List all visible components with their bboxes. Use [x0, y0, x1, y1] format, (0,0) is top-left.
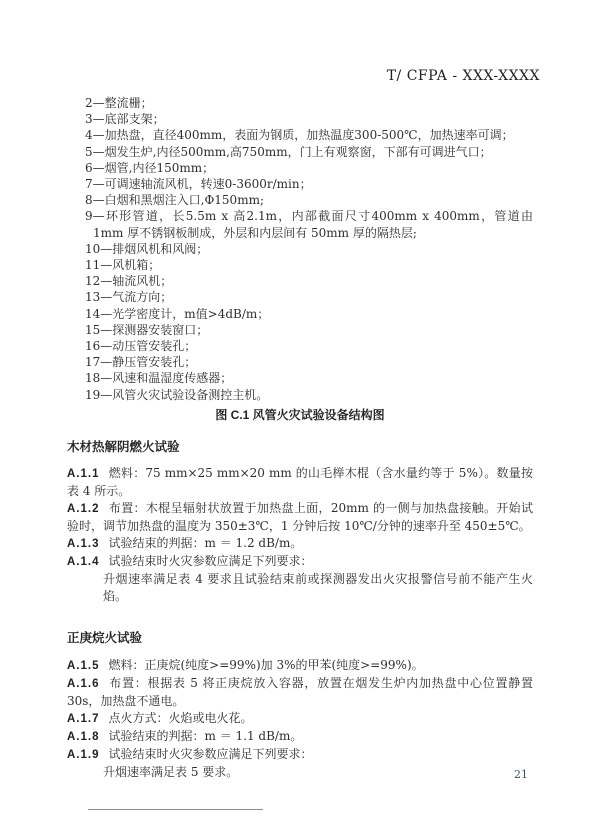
- clause-number: A.1.4: [67, 556, 100, 568]
- clause-text: 点火方式：火焰或电火花。: [109, 711, 253, 725]
- legend-item: 16—动压管安装孔；: [85, 338, 533, 354]
- clause-text: 燃料：正庚烷(纯度>=99%)加 3%的甲苯(纯度>=99%)。: [109, 658, 424, 672]
- figure-caption: 图 C.1 风管火灾试验设备结构图: [67, 407, 533, 423]
- legend-item: 19—风管火灾试验设备测控主机。: [85, 387, 533, 403]
- legend-item: 9—环形管道，长5.5m x 高2.1m，内部截面尺寸400mm x 400mm…: [85, 208, 533, 240]
- legend-item: 7—可调速轴流风机，转速0-3600r/min；: [85, 176, 533, 192]
- clause-a14-requirement: 升烟速率满足表 4 要求且试验结束前或探测器发出火灾报警信号前不能产生火焰。: [67, 571, 533, 605]
- legend-item: 13—气流方向；: [85, 289, 533, 305]
- clause-text: 试验结束的判据：m ＝ 1.1 dB/m。: [109, 729, 303, 743]
- clause-a14: A.1.4试验结束时火灾参数应满足下列要求：: [67, 553, 533, 571]
- legend-item: 14—光学密度计，m值>4dB/m；: [85, 306, 533, 322]
- clause-number: A.1.1: [67, 468, 100, 480]
- clause-number: A.1.2: [67, 503, 100, 515]
- legend-item: 18—风速和温湿度传感器；: [85, 370, 533, 386]
- clause-number: A.1.5: [67, 660, 100, 672]
- clause-text: 燃料：75 mm×25 mm×20 mm 的山毛榉木棍（含水量约等于 5%）。数…: [67, 466, 533, 498]
- document-page: T/ CFPA - XXX-XXXX 2—整流栅； 3—底部支架； 4—加热盘，…: [0, 0, 591, 830]
- legend-item: 11—风机箱；: [85, 257, 533, 273]
- clause-text: 布置：根据表 5 将正庚烷放入容器，放置在烟发生炉内加热盘中心位置静置 30s，…: [67, 676, 533, 708]
- clause-text: 试验结束的判据：m ＝ 1.2 dB/m。: [109, 536, 303, 550]
- page-number: 21: [514, 768, 528, 781]
- doc-code: T/ CFPA - XXX-XXXX: [387, 68, 540, 84]
- legend-item: 3—底部支架；: [85, 111, 533, 127]
- clause-list-heptane: A.1.5燃料：正庚烷(纯度>=99%)加 3%的甲苯(纯度>=99%)。 A.…: [67, 657, 533, 781]
- clause-list-wood-smoulder: A.1.1燃料：75 mm×25 mm×20 mm 的山毛榉木棍（含水量约等于 …: [67, 465, 533, 605]
- clause-number: A.1.9: [67, 749, 100, 761]
- clause-a17: A.1.7点火方式：火焰或电火花。: [67, 710, 533, 728]
- section-heading-wood-smoulder-test: 木材热解阴燃火试验: [67, 439, 533, 456]
- page-content: 2—整流栅； 3—底部支架； 4—加热盘，直径400mm，表面为钢质，加热温度3…: [67, 95, 533, 810]
- clause-a12: A.1.2布置：木棍呈辐射状放置于加热盘上面，20mm 的一侧与加热盘接触。开始…: [67, 500, 533, 535]
- clause-text: 试验结束时火灾参数应满足下列要求：: [109, 554, 313, 568]
- clause-a15: A.1.5燃料：正庚烷(纯度>=99%)加 3%的甲苯(纯度>=99%)。: [67, 657, 533, 675]
- clause-a18: A.1.8试验结束的判据：m ＝ 1.1 dB/m。: [67, 728, 533, 746]
- legend-item: 2—整流栅；: [85, 95, 533, 111]
- legend-item: 6—烟管,内径150mm；: [85, 160, 533, 176]
- legend-item: 12—轴流风机；: [85, 273, 533, 289]
- clause-number: A.1.8: [67, 731, 100, 743]
- legend-item: 10—排烟风机和风阀；: [85, 241, 533, 257]
- legend-item: 8—白烟和黑烟注入口,Φ150mm;: [85, 192, 533, 208]
- clause-number: A.1.7: [67, 713, 100, 725]
- legend-item: 4—加热盘，直径400mm，表面为钢质，加热温度300-500℃，加热速率可调；: [85, 127, 533, 143]
- clause-number: A.1.6: [67, 678, 100, 690]
- clause-number: A.1.3: [67, 538, 100, 550]
- clause-a11: A.1.1燃料：75 mm×25 mm×20 mm 的山毛榉木棍（含水量约等于 …: [67, 465, 533, 500]
- clause-a13: A.1.3试验结束的判据：m ＝ 1.2 dB/m。: [67, 535, 533, 553]
- clause-a19: A.1.9试验结束时火灾参数应满足下列要求：: [67, 746, 533, 764]
- legend-item: 15—探测器安装窗口；: [85, 322, 533, 338]
- clause-a16: A.1.6布置：根据表 5 将正庚烷放入容器，放置在烟发生炉内加热盘中心位置静置…: [67, 675, 533, 710]
- clause-a19-requirement: 升烟速率满足表 5 要求。: [67, 764, 533, 781]
- end-of-document-rule: [88, 809, 263, 810]
- figure-legend: 2—整流栅； 3—底部支架； 4—加热盘，直径400mm，表面为钢质，加热温度3…: [85, 95, 533, 403]
- section-heading-heptane-test: 正庚烷火试验: [67, 630, 533, 647]
- legend-item: 17—静压管安装孔；: [85, 354, 533, 370]
- clause-text: 布置：木棍呈辐射状放置于加热盘上面，20mm 的一侧与加热盘接触。开始试验时，调…: [67, 501, 533, 533]
- legend-item: 5—烟发生炉,内径500mm,高750mm，门上有观察窗，下部有可调进气口；: [85, 144, 533, 160]
- clause-text: 试验结束时火灾参数应满足下列要求：: [109, 747, 313, 761]
